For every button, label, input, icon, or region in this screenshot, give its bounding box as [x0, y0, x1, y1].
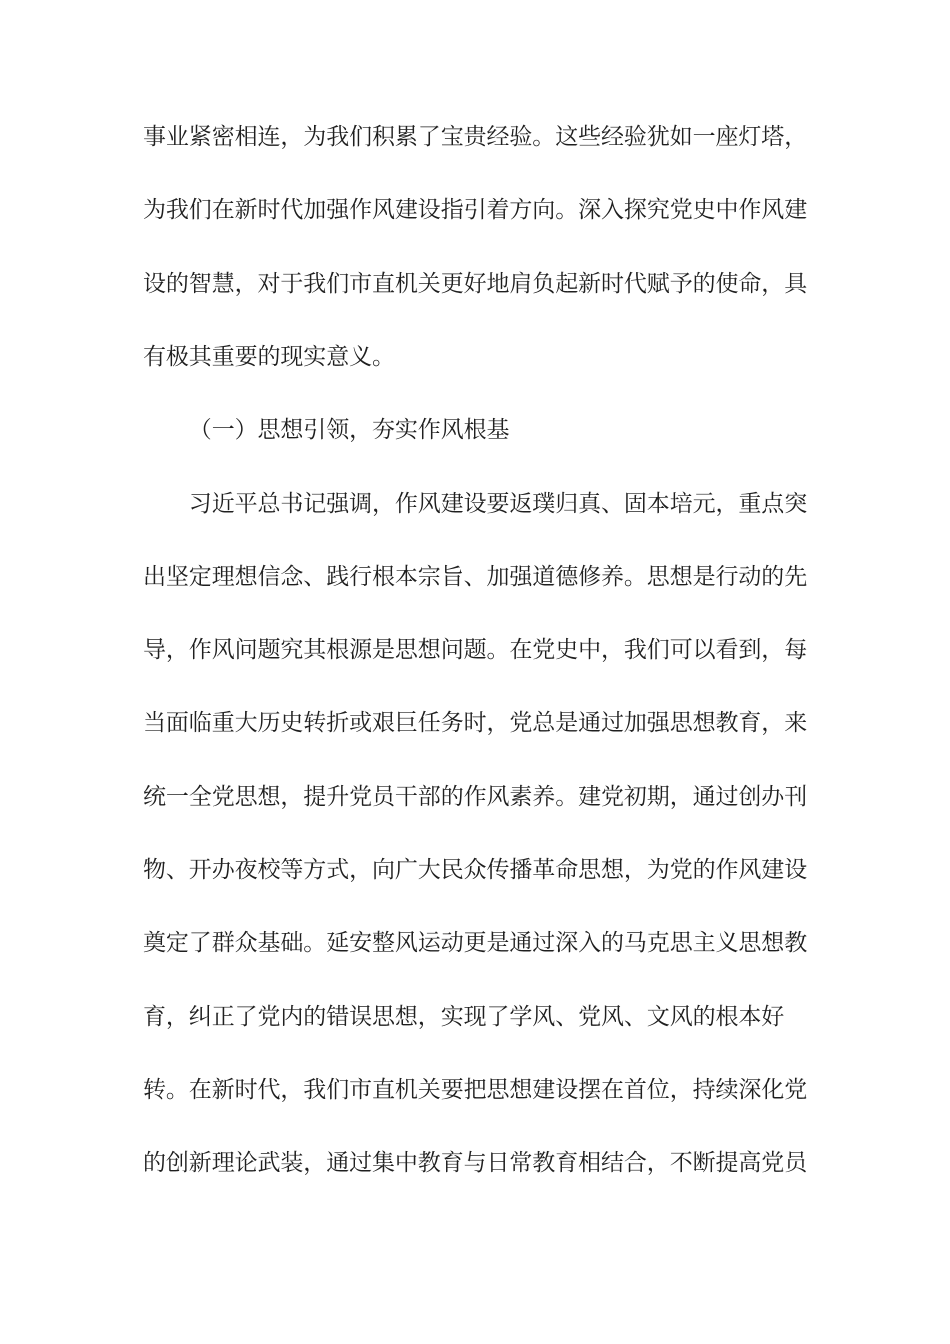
paragraph-line: 转。在新时代，我们市直机关要把思想建设摆在首位，持续深化党 [143, 1076, 807, 1104]
paragraph-line: 有极其重要的现实意义。 [143, 343, 395, 371]
paragraph-line: 物、开办夜校等方式，向广大民众传播革命思想，为党的作风建设 [143, 856, 807, 884]
paragraph-line: 奠定了群众基础。延安整风运动更是通过深入的马克思主义思想教 [143, 929, 807, 957]
paragraph-line: 育，纠正了党内的错误思想，实现了学风、党风、文风的根本好 [143, 1003, 784, 1031]
paragraph-line: 的创新理论武装，通过集中教育与日常教育相结合，不断提高党员 [143, 1149, 807, 1177]
paragraph-line: 导，作风问题究其根源是思想问题。在党史中，我们可以看到，每 [143, 636, 807, 664]
section-heading-line: （一）思想引领，夯实作风根基 [189, 416, 510, 444]
paragraph-line: 当面临重大历史转折或艰巨任务时，党总是通过加强思想教育，来 [143, 709, 807, 737]
paragraph-line: 出坚定理想信念、践行根本宗旨、加强道德修养。思想是行动的先 [143, 563, 807, 591]
paragraph-line: 事业紧密相连，为我们积累了宝贵经验。这些经验犹如一座灯塔， [143, 123, 807, 151]
paragraph-line: 统一全党思想，提升党员干部的作风素养。建党初期，通过创办刊 [143, 783, 807, 811]
document-page: 事业紧密相连，为我们积累了宝贵经验。这些经验犹如一座灯塔，为我们在新时代加强作风… [0, 0, 950, 1344]
paragraph-line: 习近平总书记强调，作风建设要返璞归真、固本培元，重点突 [189, 490, 807, 518]
paragraph-line: 设的智慧，对于我们市直机关更好地肩负起新时代赋予的使命，具 [143, 270, 807, 298]
paragraph-line: 为我们在新时代加强作风建设指引着方向。深入探究党史中作风建 [143, 196, 807, 224]
